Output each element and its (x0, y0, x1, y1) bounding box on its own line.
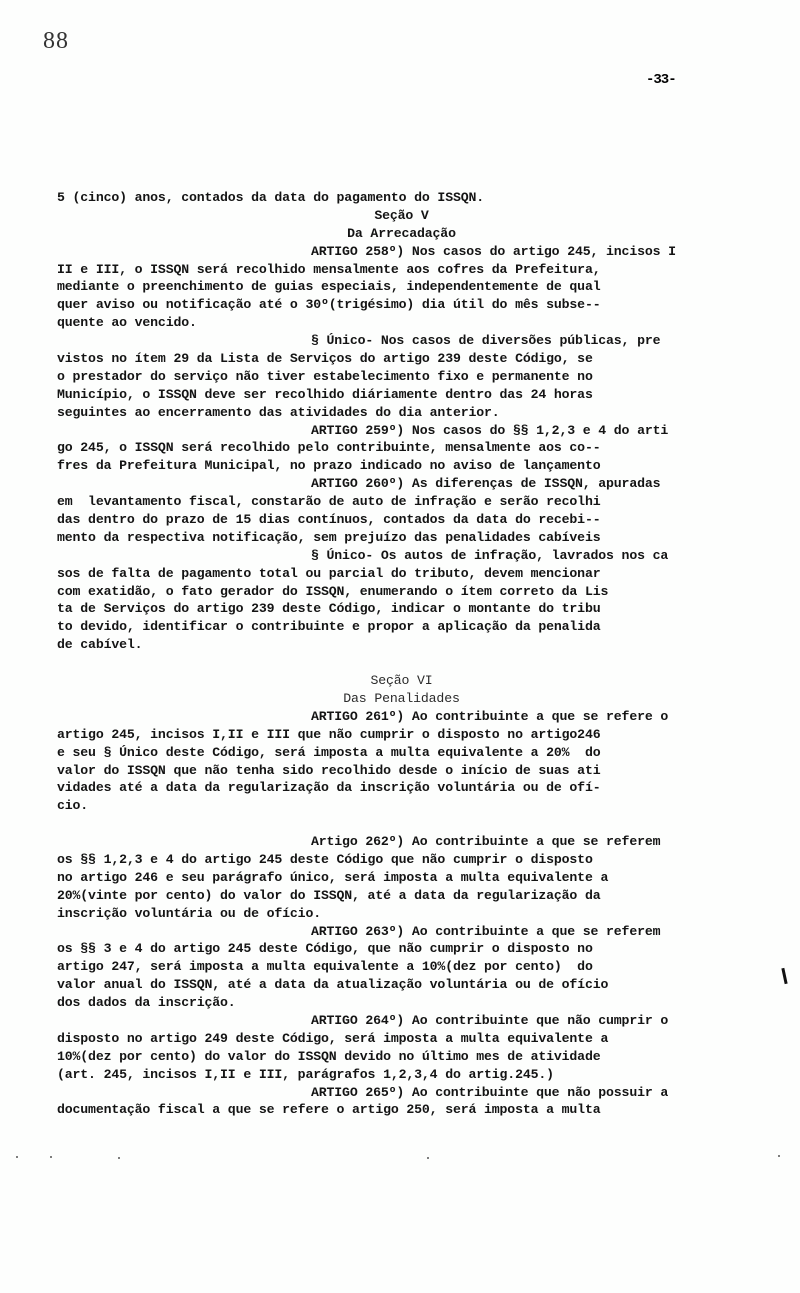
blank-line (57, 654, 742, 672)
text-line: ARTIGO 259º) Nos casos do §§ 1,2,3 e 4 d… (57, 422, 742, 440)
scan-speck (118, 1157, 120, 1159)
text-line: (art. 245, incisos I,II e III, parágrafo… (57, 1066, 742, 1084)
text-line: vidades até a data da regularização da i… (57, 779, 742, 797)
text-line: mediante o preenchimento de guias especi… (57, 278, 742, 296)
text-line: em levantamento fiscal, constarão de aut… (57, 493, 742, 511)
text-line: mento da respectiva notificação, sem pre… (57, 529, 742, 547)
text-line: os §§ 1,2,3 e 4 do artigo 245 deste Códi… (57, 851, 742, 869)
text-line: cio. (57, 797, 742, 815)
text-line: documentação fiscal a que se refere o ar… (57, 1101, 742, 1119)
text-line: e seu § Único deste Código, será imposta… (57, 744, 742, 762)
folio-number: -33- (646, 72, 676, 88)
text-line: valor anual do ISSQN, até a data da atua… (57, 976, 742, 994)
text-line: 10%(dez por cento) do valor do ISSQN dev… (57, 1048, 742, 1066)
text-line: ARTIGO 265º) Ao contribuinte que não pos… (57, 1084, 742, 1102)
text-line: quer aviso ou notificação até o 30º(trig… (57, 296, 742, 314)
text-line: quente ao vencido. (57, 314, 742, 332)
text-line: to devido, identificar o contribuinte e … (57, 618, 742, 636)
text-line: seguintes ao encerramento das atividades… (57, 404, 742, 422)
text-line: sos de falta de pagamento total ou parci… (57, 565, 742, 583)
section-heading: Seção VI (57, 672, 742, 690)
text-line: ARTIGO 263º) Ao contribuinte a que se re… (57, 923, 742, 941)
text-line: inscrição voluntária ou de ofício. (57, 905, 742, 923)
section-heading: Seção V (57, 207, 742, 225)
scan-speck (778, 1155, 780, 1157)
text-line: com exatidão, o fato gerador do ISSQN, e… (57, 583, 742, 601)
text-line: ARTIGO 260º) As diferenças de ISSQN, apu… (57, 475, 742, 493)
section-heading: Das Penalidades (57, 690, 742, 708)
document-body: 5 (cinco) anos, contados da data do paga… (57, 189, 742, 1119)
text-line: 5 (cinco) anos, contados da data do paga… (57, 189, 742, 207)
page-number: 88 (43, 28, 69, 55)
text-line: artigo 247, será imposta a multa equival… (57, 958, 742, 976)
text-line: dos dados da inscrição. (57, 994, 742, 1012)
text-line: de cabível. (57, 636, 742, 654)
text-line: artigo 245, incisos I,II e III que não c… (57, 726, 742, 744)
text-line: Município, o ISSQN deve ser recolhido di… (57, 386, 742, 404)
section-heading: Da Arrecadação (57, 225, 742, 243)
blank-line (57, 815, 742, 833)
scan-speck (427, 1157, 429, 1159)
text-line: § Único- Nos casos de diversões públicas… (57, 332, 742, 350)
text-line: no artigo 246 e seu parágrafo único, ser… (57, 869, 742, 887)
text-line: disposto no artigo 249 deste Código, ser… (57, 1030, 742, 1048)
text-line: II e III, o ISSQN será recolhido mensalm… (57, 261, 742, 279)
scan-speck (50, 1156, 52, 1158)
text-line: Artigo 262º) Ao contribuinte a que se re… (57, 833, 742, 851)
text-line: valor do ISSQN que não tenha sido recolh… (57, 762, 742, 780)
text-line: 20%(vinte por cento) do valor do ISSQN, … (57, 887, 742, 905)
text-line: ARTIGO 261º) Ao contribuinte a que se re… (57, 708, 742, 726)
text-line: § Único- Os autos de infração, lavrados … (57, 547, 742, 565)
text-line: os §§ 3 e 4 do artigo 245 deste Código, … (57, 940, 742, 958)
text-line: go 245, o ISSQN será recolhido pelo cont… (57, 439, 742, 457)
text-line: ARTIGO 258º) Nos casos do artigo 245, in… (57, 243, 742, 261)
text-line: o prestador do serviço não tiver estabel… (57, 368, 742, 386)
scan-mark (781, 968, 787, 984)
text-line: das dentro do prazo de 15 dias contínuos… (57, 511, 742, 529)
text-line: fres da Prefeitura Municipal, no prazo i… (57, 457, 742, 475)
text-line: ARTIGO 264º) Ao contribuinte que não cum… (57, 1012, 742, 1030)
text-line: ta de Serviços do artigo 239 deste Códig… (57, 600, 742, 618)
scan-speck (16, 1156, 18, 1158)
text-line: vistos no ítem 29 da Lista de Serviços d… (57, 350, 742, 368)
